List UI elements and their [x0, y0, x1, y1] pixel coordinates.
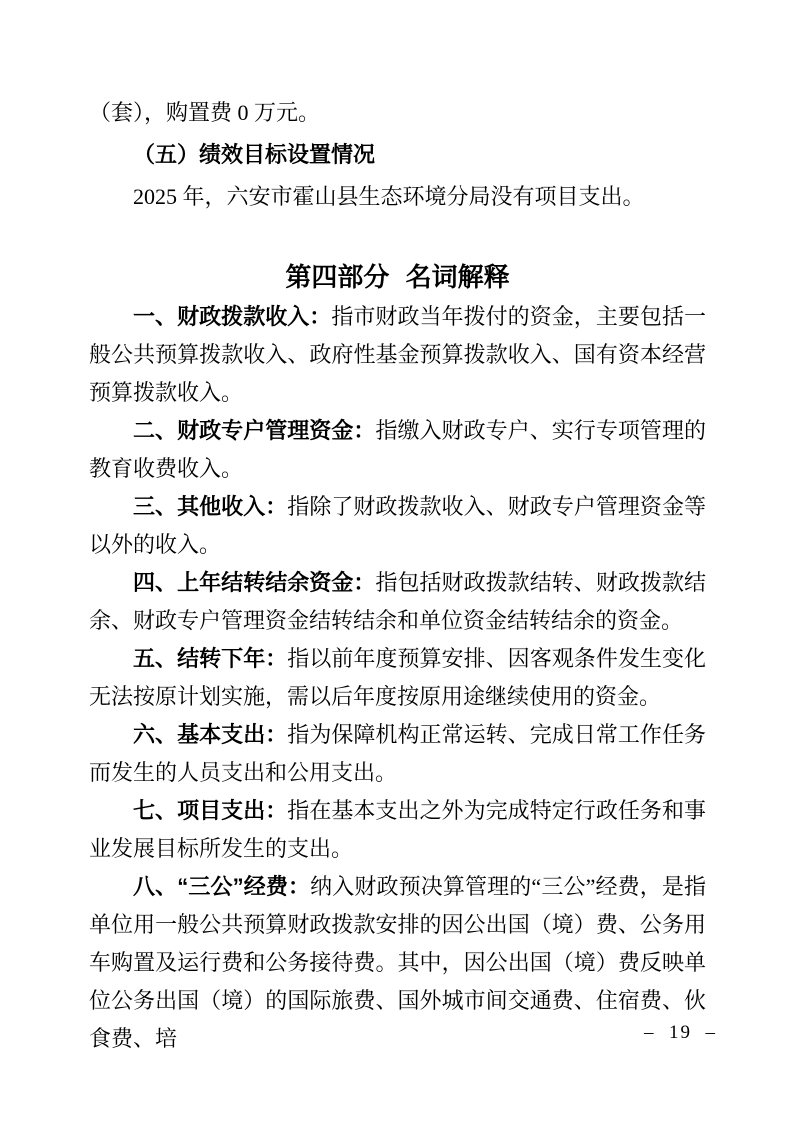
definition-term: 二、财政专户管理资金： [133, 418, 375, 443]
definition-desc: 纳入财政预决算管理的“三公”经费，是指单位用一般公共预算财政拨款安排的因公出国（… [89, 874, 706, 1051]
document-page: （套），购置费 0 万元。 （五）绩效目标设置情况 2025 年，六安市霍山县生… [0, 0, 793, 1122]
definition-item: 三、其他收入：指除了财政拨款收入、财政专户管理资金等以外的收入。 [89, 488, 706, 564]
continuation-line: （套），购置费 0 万元。 [89, 92, 706, 134]
definition-item: 八、“三公”经费：纳入财政预决算管理的“三公”经费，是指单位用一般公共预算财政拨… [89, 868, 706, 1058]
definition-term: 三、其他收入： [133, 494, 287, 519]
page-content: （套），购置费 0 万元。 （五）绩效目标设置情况 2025 年，六安市霍山县生… [89, 92, 706, 1058]
definition-item: 六、基本支出：指为保障机构正常运转、完成日常工作任务而发生的人员支出和公用支出。 [89, 716, 706, 792]
definition-item: 七、项目支出：指在基本支出之外为完成特定行政任务和事业发展目标所发生的支出。 [89, 792, 706, 868]
definitions-list: 一、财政拨款收入：指市财政当年拨付的资金，主要包括一般公共预算拨款收入、政府性基… [89, 298, 706, 1058]
definition-term: 四、上年结转结余资金： [133, 570, 375, 595]
subsection-body: 2025 年，六安市霍山县生态环境分局没有项目支出。 [89, 176, 706, 218]
definition-item: 五、结转下年：指以前年度预算安排、因客观条件发生变化无法按原计划实施，需以后年度… [89, 640, 706, 716]
definition-term: 五、结转下年： [133, 646, 287, 671]
definition-term: 一、财政拨款收入： [133, 304, 331, 329]
definition-term: 六、基本支出： [133, 722, 287, 747]
page-number: – 19 – [644, 1022, 717, 1044]
section-title: 第四部分 名词解释 [89, 256, 706, 298]
subsection-heading: （五）绩效目标设置情况 [89, 134, 706, 176]
definition-item: 二、财政专户管理资金：指缴入财政专户、实行专项管理的教育收费收入。 [89, 412, 706, 488]
definition-term: 七、项目支出： [133, 798, 287, 823]
definition-item: 四、上年结转结余资金：指包括财政拨款结转、财政拨款结余、财政专户管理资金结转结余… [89, 564, 706, 640]
definition-term: 八、“三公”经费： [133, 874, 310, 899]
intro-block: （套），购置费 0 万元。 （五）绩效目标设置情况 2025 年，六安市霍山县生… [89, 92, 706, 218]
definition-item: 一、财政拨款收入：指市财政当年拨付的资金，主要包括一般公共预算拨款收入、政府性基… [89, 298, 706, 412]
